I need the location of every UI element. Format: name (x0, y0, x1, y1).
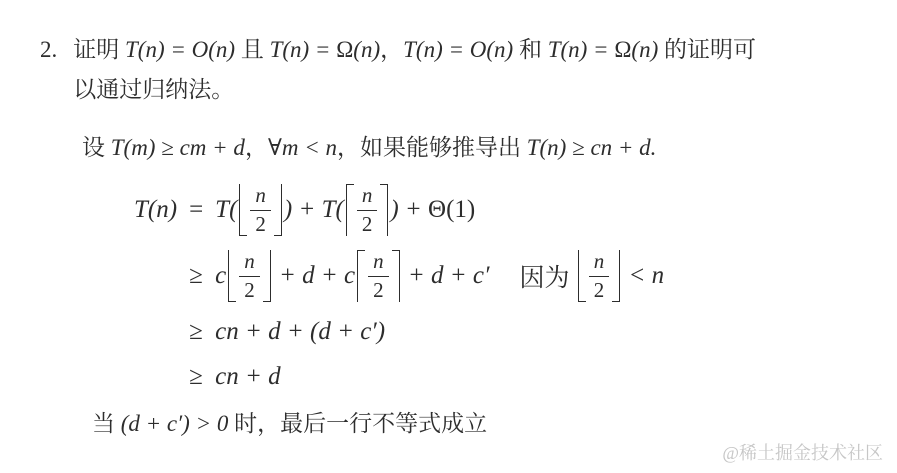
cjk-text: 且 (235, 37, 270, 62)
floor-open-delimiter (239, 184, 247, 236)
equation-rhs: cn + d (215, 361, 897, 392)
math-run: T( (215, 196, 237, 224)
math-run: + d + c′ (402, 262, 490, 290)
premise-line: 设 T(m) ≥ cm + d，∀m < n，如果能够推导出 T(n) ≥ cn… (82, 132, 897, 164)
cjk-text: 如果能够推导出 (360, 135, 527, 160)
math-run: T(n) = (270, 37, 337, 62)
equation-relation: ≥ (177, 363, 215, 391)
fraction-denominator: 2 (244, 277, 255, 302)
equation-relation: = (177, 196, 215, 224)
fraction-numerator: n (589, 250, 610, 276)
floor-close-delimiter (263, 250, 271, 302)
equation-relation: ≥ (177, 262, 215, 290)
equation-block: T(n)=T(n2) + T(n2) + Θ(1)≥cn2 + d + cn2 … (134, 184, 897, 392)
floor-open-delimiter (578, 250, 586, 302)
math-run: T(n) = O(n) (125, 37, 235, 62)
floor-fraction: n2 (578, 250, 621, 302)
list-item-2: 2. 证明 T(n) = O(n) 且 T(n) = Ω(n)，T(n) = O… (40, 30, 897, 110)
document-page: 2. 证明 T(n) = O(n) 且 T(n) = Ω(n)，T(n) = O… (0, 0, 897, 473)
math-run: ) + T( (284, 196, 344, 224)
fraction-denominator: 2 (373, 277, 384, 302)
math-run: T(n) ≥ cn + d. (527, 135, 657, 160)
ceil-close-delimiter (392, 250, 400, 302)
conclusion-line: 当 (d + c′) > 0 时，最后一行不等式成立 (92, 408, 897, 440)
fraction-denominator: 2 (255, 211, 266, 236)
statement-line-2: 以通过归纳法。 (73, 70, 756, 110)
cjk-text: ， (245, 135, 268, 160)
equation-relation: ≥ (177, 318, 215, 346)
math-run: ) + (390, 196, 428, 224)
item-number: 2. (40, 30, 57, 70)
statement-paragraph: 证明 T(n) = O(n) 且 T(n) = Ω(n)，T(n) = O(n)… (73, 30, 756, 110)
math-run: cn + d + (d + c′) (215, 318, 385, 346)
math-run: c (215, 262, 226, 290)
fraction-core: n2 (239, 250, 260, 301)
math-run: T(n) = O(n) (403, 37, 513, 62)
cjk-text: 因为 (519, 258, 575, 294)
ceil-open-delimiter (346, 184, 354, 236)
ceil-fraction: n2 (357, 250, 400, 302)
cjk-text: 时，最后一行不等式成立 (228, 411, 487, 436)
ceil-open-delimiter (357, 250, 365, 302)
floor-fraction: n2 (228, 250, 271, 302)
ceil-fraction: n2 (346, 184, 389, 236)
fraction-numerator: n (368, 250, 389, 276)
equation-rhs: cn2 + d + cn2 + d + c′因为 n2 < n (215, 250, 897, 302)
cjk-text: ， (337, 135, 360, 160)
math-run: + d + c (273, 262, 355, 290)
fraction-core: n2 (250, 184, 271, 235)
cjk-text: 证明 (73, 37, 125, 62)
fraction-core: n2 (368, 250, 389, 301)
fraction-numerator: n (357, 184, 378, 210)
equation-lhs: T(n) (134, 195, 177, 226)
math-run: T(m) ≥ cm + d (111, 135, 245, 160)
watermark: @稀土掘金技术社区 (722, 439, 883, 465)
cjk-text: 和 (513, 37, 548, 62)
fraction-denominator: 2 (362, 211, 373, 236)
ceil-close-delimiter (380, 184, 388, 236)
equation-rhs: T(n2) + T(n2) + Θ(1) (215, 184, 897, 236)
math-run: (d + c′) > 0 (121, 411, 229, 436)
math-run: Θ(1) (428, 196, 475, 224)
fraction-numerator: n (250, 184, 271, 210)
floor-close-delimiter (612, 250, 620, 302)
cjk-text: ， (380, 37, 403, 62)
math-run: T(n) = (548, 37, 615, 62)
cjk-text: 当 (92, 411, 121, 436)
cjk-text: 设 (82, 135, 111, 160)
spacer (489, 276, 519, 277)
math-run: (n) (631, 37, 658, 62)
math-run: (n) (353, 37, 380, 62)
math-run: Ω (336, 37, 353, 62)
math-run: cn + d (215, 363, 280, 391)
floor-close-delimiter (274, 184, 282, 236)
math-run: ∀ (268, 135, 282, 160)
math-run: Ω (614, 37, 631, 62)
fraction-numerator: n (239, 250, 260, 276)
fraction-denominator: 2 (594, 277, 605, 302)
floor-open-delimiter (228, 250, 236, 302)
statement-line-1: 证明 T(n) = O(n) 且 T(n) = Ω(n)，T(n) = O(n)… (73, 30, 756, 70)
equation-rhs: cn + d + (d + c′) (215, 316, 897, 347)
math-run: m < n (282, 135, 337, 160)
floor-fraction: n2 (239, 184, 282, 236)
fraction-core: n2 (357, 184, 378, 235)
math-run: < n (622, 262, 664, 290)
math-run: T(n) (134, 196, 177, 224)
cjk-text: 的证明可 (658, 37, 756, 62)
fraction-core: n2 (589, 250, 610, 301)
